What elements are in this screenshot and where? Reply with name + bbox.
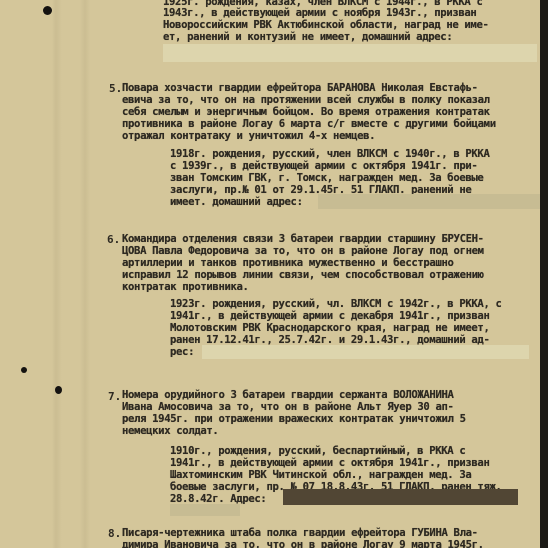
punch-hole-icon [43, 6, 52, 15]
entry-number: 5. [109, 82, 122, 95]
bio-line: ет, ранений и контузий не имеет, домашни… [163, 32, 452, 43]
citation-line: ЦОВА Павла Федоровича за то, что он в ра… [122, 246, 484, 257]
bio-line: Молотовским РВК Краснодарского края, наг… [170, 323, 489, 334]
citation-line: Номера орудийного 3 батареи гвардии серж… [122, 390, 454, 401]
citation-line: реля 1945г. при отражении вражеских конт… [122, 414, 466, 425]
citation-line: противника в районе Логау 6 марта с/г вм… [122, 119, 496, 130]
bio-line: 1923г. рождения, русский, чл. ВЛКСМ с 19… [170, 299, 502, 310]
bio-line: Новороссийским РВК Актюбинской области, … [163, 20, 489, 31]
bio-line: 1941г., в действующей армии с декабря 19… [170, 311, 489, 322]
bio-line: Шахтоминским РВК Читинской обл., награжд… [170, 470, 471, 481]
redacted-text [170, 504, 240, 516]
redacted-address [283, 489, 518, 505]
redacted-address [163, 44, 537, 62]
redacted-address [202, 345, 529, 359]
citation-line: димира Ивановича за то, что он в районе … [122, 540, 484, 548]
bio-line: с 1939г., в действующей армии с октября … [170, 161, 477, 172]
citation-line: артиллерии и танков противника мужествен… [122, 258, 454, 269]
citation-line: Командира отделения связи 3 батареи гвар… [122, 234, 484, 245]
citation-line: немецких солдат. [122, 426, 218, 437]
citation-line: контратак противника. [122, 282, 249, 293]
redacted-address [318, 194, 540, 209]
entry-number: 7. [108, 390, 121, 403]
entry-number: 6. [107, 233, 120, 246]
citation-line: Ивана Амосовича за то, что он в районе А… [122, 402, 454, 413]
archival-document-page: 1925г. рождения, казах, член ВЛКСМ с 194… [0, 0, 540, 548]
citation-line: исправил 12 порывов линии связи, чем спо… [122, 270, 484, 281]
citation-line: евича за то, что он на протяжении всей с… [122, 95, 490, 106]
entry-number: 8. [108, 527, 121, 540]
punch-hole-icon [55, 386, 62, 394]
bio-line: зван Томским ГВК, г. Томск, награжден ме… [170, 173, 483, 184]
bio-line: 1918г. рождения, русский, член ВЛКСМ с 1… [170, 149, 489, 160]
bio-line: 1943г., в действующей армии с ноября 194… [163, 8, 476, 19]
citation-line: Писаря-чертежника штаба полка гвардии еф… [122, 528, 478, 539]
punch-hole-icon [21, 367, 27, 373]
citation-line: Повара хозчасти гвардии ефрейтора БАРАНО… [122, 83, 478, 94]
scan-edge [540, 0, 548, 548]
bio-line: рес: [170, 347, 194, 358]
bio-line: 1910г., рождения, русский, беспартийный,… [170, 446, 465, 457]
citation-line: себя смелым и энергичным бойцом. Во врем… [122, 107, 490, 118]
citation-line: отражал контратаку и уничтожил 4-х немце… [122, 131, 375, 142]
bio-line: имеет. домашний адрес: [170, 197, 303, 208]
bio-line: 1941г., в действующей армии с октября 19… [170, 458, 489, 469]
